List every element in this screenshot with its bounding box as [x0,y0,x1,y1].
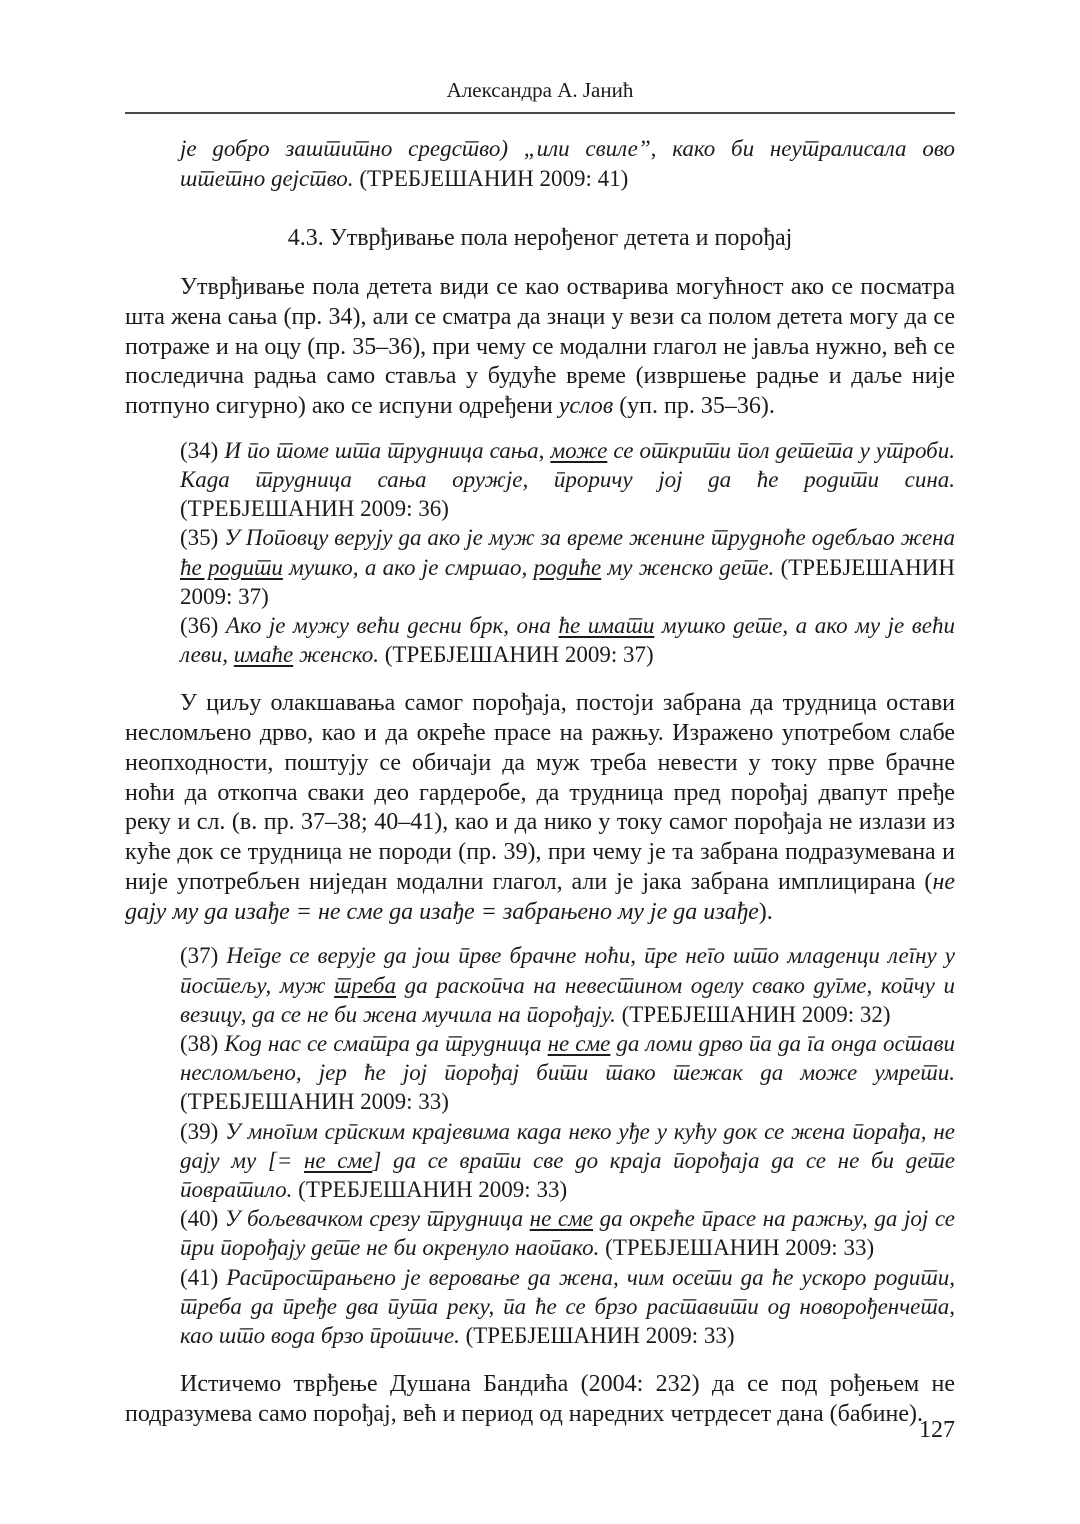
page-content: Александра А. Јанић је добро заштитно ср… [125,0,955,1430]
example-36-number: (36) [180,613,226,638]
header-rule [125,112,955,114]
example-37: (37) Негде се верује да још прве брачне … [180,941,955,1029]
example-34-text: И по томе шта трудница сања, [224,438,550,463]
example-38-citation: (ТРЕБЈЕШАНИН 2009: 33) [180,1089,449,1114]
example-40-citation: (ТРЕБЈЕШАНИН 2009: 33) [599,1235,874,1260]
paragraph-2-text: У циљу олакшавања самог порођаја, постој… [125,690,955,895]
opening-quote: је добро заштитно средство) „или свиле”,… [180,134,955,193]
example-36-text-3: женско. [293,642,379,667]
paragraph-1-tail: (уп. пр. 35–36). [613,393,775,419]
examples-group-1: (34) И по томе шта трудница сања, може с… [180,436,955,670]
example-39-citation: (ТРЕБЈЕШАНИН 2009: 33) [292,1177,567,1202]
paragraph-3-text: Истичемо тврђење Душана Бандића (2004: 2… [125,1371,955,1427]
paragraph-2: У циљу олакшавања самог порођаја, постој… [125,689,955,927]
example-40: (40) У бољевачком срезу трудница не сме … [180,1204,955,1262]
paragraph-1: Утврђивање пола детета види се као оства… [125,273,955,422]
example-35-underlined: ће родити [180,555,283,580]
paragraph-1-text: Утврђивање пола детета види се као оства… [125,274,955,419]
example-35-number: (35) [180,525,224,550]
example-36-underlined: ће имати [559,613,655,638]
example-37-citation: (ТРЕБЈЕШАНИН 2009: 32) [616,1002,891,1027]
examples-group-2: (37) Негде се верује да још прве брачне … [180,941,955,1350]
example-36-text: Ако је мужу већи десни брк, она [226,613,559,638]
paragraph-3: Истичемо тврђење Душана Бандића (2004: 2… [125,1370,955,1430]
example-36-citation: (ТРЕБЈЕШАНИН 2009: 37) [379,642,654,667]
example-36: (36) Ако је мужу већи десни брк, она ће … [180,611,955,669]
example-34-number: (34) [180,438,224,463]
example-34-citation: (ТРЕБЈЕШАНИН 2009: 36) [180,496,449,521]
example-35-text-2: мушко, а ако је смршао, [283,555,534,580]
opening-quote-citation: (ТРЕБЈЕШАНИН 2009: 41) [354,166,629,191]
example-39: (39) У многим српским крајевима када нек… [180,1117,955,1205]
example-38-text: Код нас се сматра да трудница [224,1031,547,1056]
example-41-number: (41) [180,1265,226,1290]
example-37-number: (37) [180,943,226,968]
example-39-underlined: не сме [304,1148,372,1173]
example-40-underlined: не сме [530,1206,593,1231]
example-36-underlined-2: имаће [234,642,293,667]
example-34-underlined: може [550,438,607,463]
example-35-text-3: му женско дете. [601,555,774,580]
document-page: Александра А. Јанић је добро заштитно ср… [0,0,1080,1524]
running-head: Александра А. Јанић [125,78,955,103]
example-35-underlined-2: родиће [534,555,602,580]
example-40-text: У бољевачком срезу трудница [225,1206,530,1231]
example-35: (35) У Поповцу верују да ако је муж за в… [180,523,955,611]
example-34: (34) И по томе шта трудница сања, може с… [180,436,955,524]
example-39-number: (39) [180,1119,225,1144]
section-heading: 4.3. Утврђивање пола нерођеног детета и … [125,223,955,253]
page-number: 127 [919,1417,955,1444]
paragraph-1-emphasis: услов [559,393,613,419]
example-40-number: (40) [180,1206,225,1231]
example-38-underlined: не сме [548,1031,611,1056]
example-41: (41) Распрострањено је веровање да жена,… [180,1263,955,1351]
example-38-number: (38) [180,1031,224,1056]
author-name: Александра А. Јанић [447,78,634,102]
example-41-citation: (ТРЕБЈЕШАНИН 2009: 33) [460,1323,735,1348]
example-37-underlined: треба [334,973,396,998]
paragraph-2-tail: ). [759,899,773,925]
example-38: (38) Код нас се сматра да трудница не см… [180,1029,955,1117]
example-35-text: У Поповцу верују да ако је муж за време … [224,525,955,550]
